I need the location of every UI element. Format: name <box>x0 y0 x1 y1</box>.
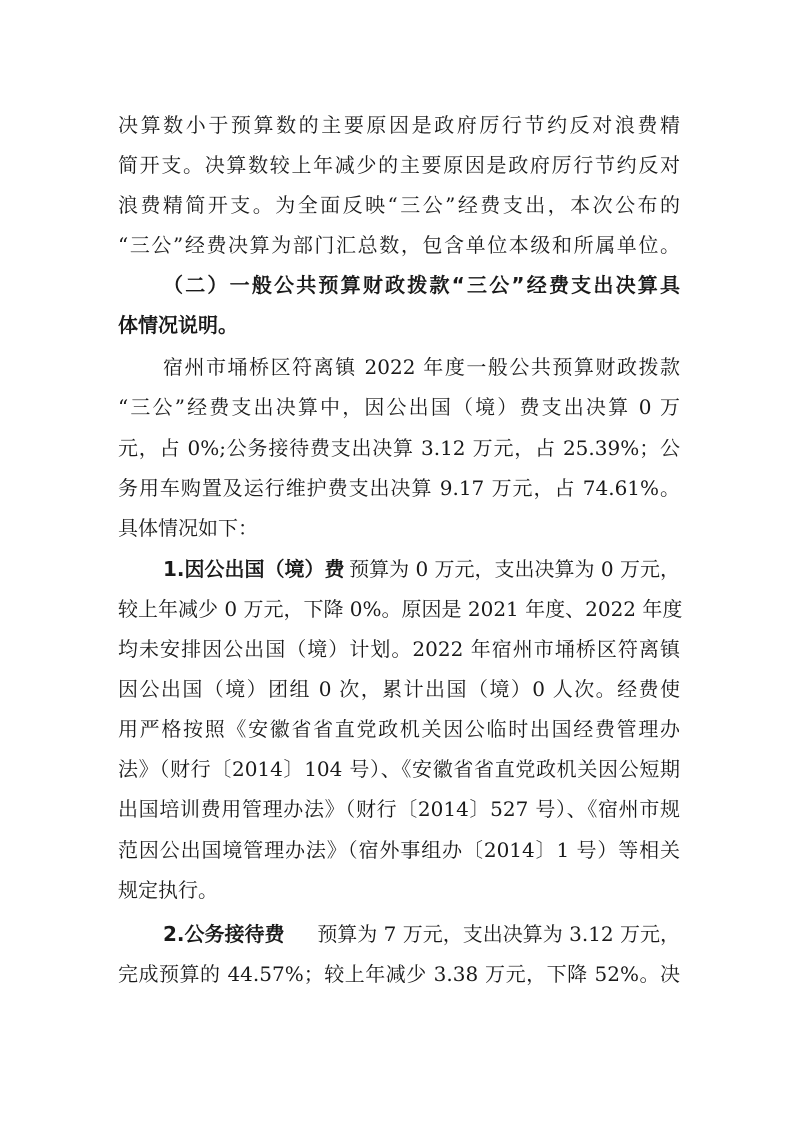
paragraph-2-line-1: 宿州市埇桥区符离镇 2022 年度一般公共预算财政拨款 <box>163 355 680 379</box>
item-1-line-4: 因公出国（境）团组 0 次，累计出国（境）0 人次。经费使 <box>118 677 680 701</box>
document-page: 决算数小于预算数的主要原因是政府厉行节约反对浪费精 简开支。决算数较上年减少的主… <box>0 0 793 1122</box>
paragraph-1-line-4: “三公”经费决算为部门汇总数，包含单位本级和所属单位。 <box>118 233 680 257</box>
section-heading-line-2: 体情况说明。 <box>118 313 680 337</box>
item-1-line-6: 法》（财行〔2014〕104 号）、《安徽省省直党政机关因公短期 <box>118 757 680 781</box>
item-1-title: 1.因公出国（境）费 <box>163 557 345 581</box>
section-heading-line-1: （二）一般公共预算财政拨款“三公”经费支出决算具 <box>163 273 680 297</box>
paragraph-1-line-3: 浪费精简开支。为全面反映“三公”经费支出，本次公布的 <box>118 193 680 217</box>
paragraph-1-line-1: 决算数小于预算数的主要原因是政府厉行节约反对浪费精 <box>118 113 680 137</box>
paragraph-2-line-2: “三公”经费支出决算中，因公出国（境）费支出决算 0 万 <box>118 395 680 419</box>
item-1-line-5: 用严格按照《安徽省省直党政机关因公临时出国经费管理办 <box>118 717 680 741</box>
item-2-title: 2.公务接待费 <box>163 922 285 946</box>
item-2-line-2: 完成预算的 44.57%；较上年减少 3.38 万元，下降 52%。决 <box>118 962 680 986</box>
item-1-first-line-text: 预算为 0 万元，支出决算为 0 万元， <box>349 557 680 581</box>
paragraph-1-line-2: 简开支。决算数较上年减少的主要原因是政府厉行节约反对 <box>118 153 680 177</box>
item-2-line-1: 2.公务接待费 预算为 7 万元，支出决算为 3.12 万元， <box>163 922 680 946</box>
item-1-line-9: 规定执行。 <box>118 878 680 902</box>
paragraph-2-line-4: 务用车购置及运行维护费支出决算 9.17 万元，占 74.61%。 <box>118 476 680 500</box>
item-1-line-7: 出国培训费用管理办法》（财行〔2014〕527 号）、《宿州市规 <box>118 797 680 821</box>
item-1-line-3: 均未安排因公出国（境）计划。2022 年宿州市埇桥区符离镇 <box>118 637 680 661</box>
item-1-line-8: 范因公出国境管理办法》（宿外事组办〔2014〕1 号）等相关 <box>118 838 680 862</box>
paragraph-2-line-5: 具体情况如下： <box>118 516 680 540</box>
item-1-line-2: 较上年减少 0 万元，下降 0%。原因是 2021 年度、2022 年度 <box>118 597 680 621</box>
item-2-first-line-text: 预算为 7 万元，支出决算为 3.12 万元， <box>317 922 680 946</box>
item-1-line-1: 1.因公出国（境）费 预算为 0 万元，支出决算为 0 万元， <box>163 557 680 581</box>
paragraph-2-line-3: 元，占 0%;公务接待费支出决算 3.12 万元，占 25.39%；公 <box>118 436 680 460</box>
